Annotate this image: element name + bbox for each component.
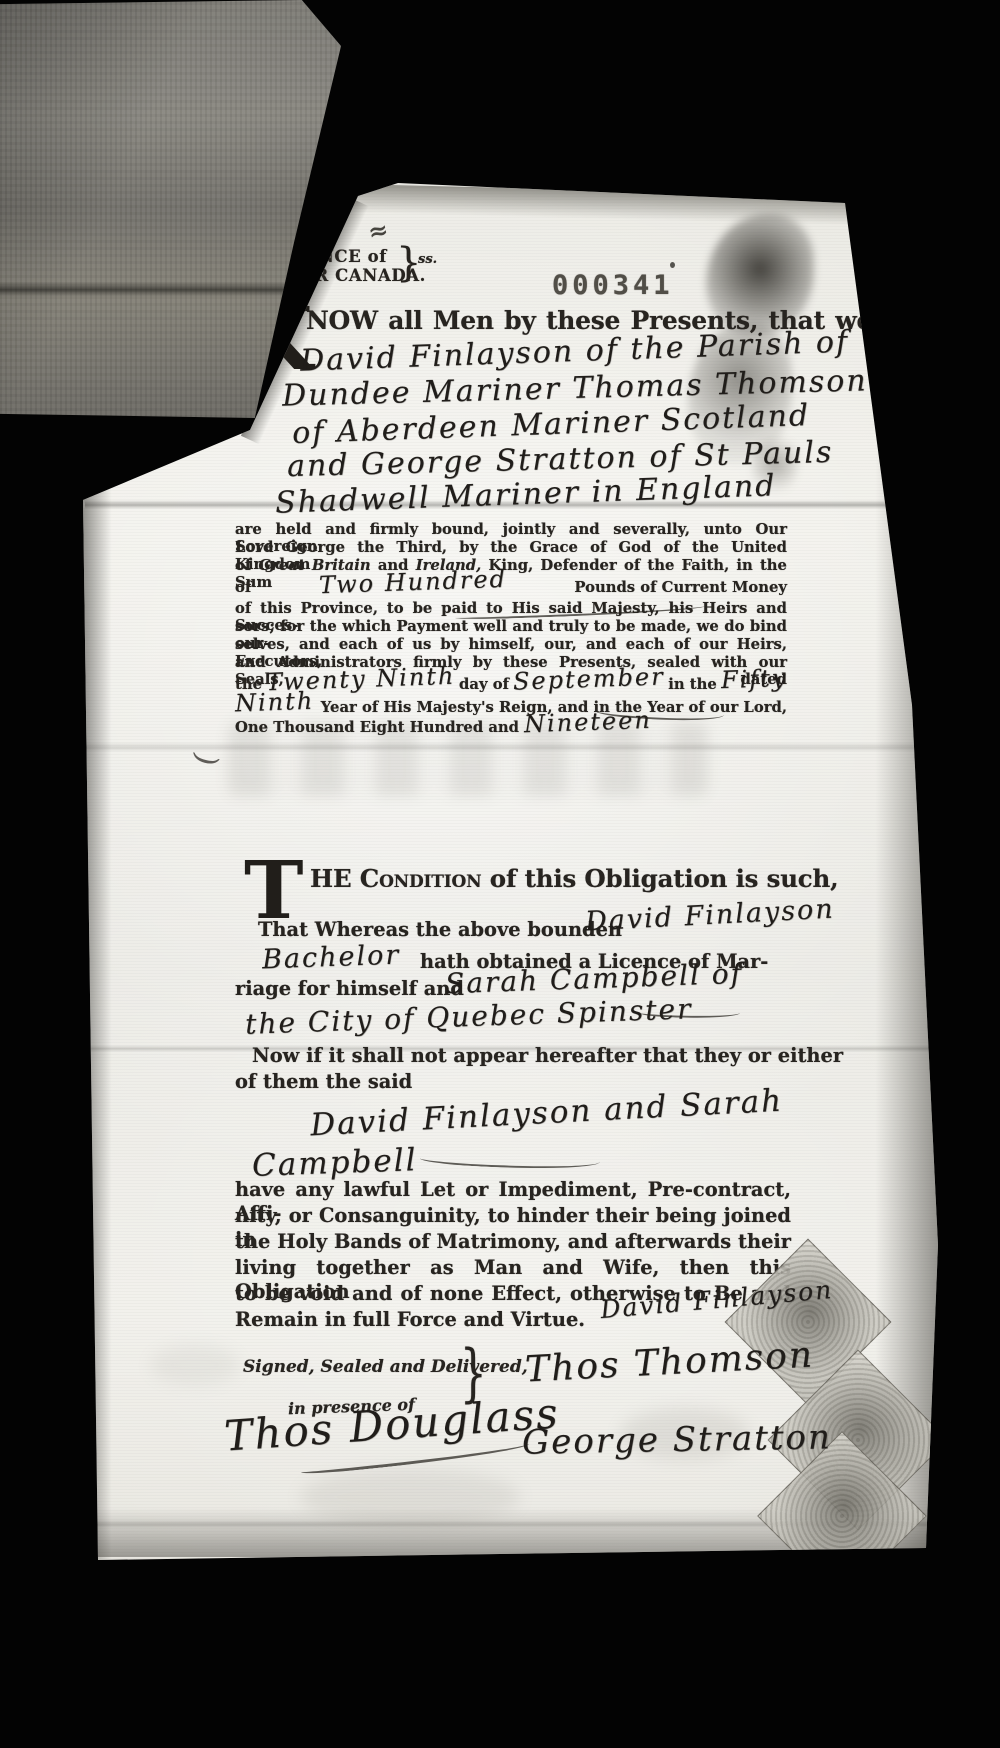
surety2-signature: George Stratton — [522, 1417, 833, 1462]
left-edge-shadow — [80, 430, 122, 1560]
bond-date-line: the Twenty Ninth day of September in the… — [235, 673, 787, 693]
now-clause-line1: Now if it shall not appear hereafter tha… — [252, 1044, 843, 1067]
bond-text: day of — [459, 676, 509, 693]
bond-text: Pounds of Current Money — [574, 579, 787, 596]
serial-number-stamp: 000341 — [552, 270, 674, 301]
reign-year-handwritten: Ninth — [235, 693, 315, 713]
paper-stain — [300, 1468, 520, 1526]
whereas-line: That Whereas the above bounden — [258, 918, 622, 941]
month-handwritten: September — [512, 668, 664, 690]
ink-dot — [670, 262, 675, 268]
scanned-marriage-bond: ) ≈ PROVINCE of LOWER CANADA. } ss. 0003… — [0, 0, 1000, 1748]
condition-heading: HE Condition of this Obligation is such, — [310, 864, 838, 893]
condition-para-line: the Holy Bands of Matrimony, and afterwa… — [235, 1230, 791, 1254]
licence-line2: riage for himself and — [235, 977, 464, 1000]
reign-year-handwritten: Fifty — [720, 670, 787, 689]
bond-text: of — [235, 557, 251, 574]
condition-heading-text: HE — [310, 864, 360, 893]
condition-heading-smallcaps: Condition — [360, 864, 482, 893]
condition-heading-text: of this Obligation is such, — [481, 864, 838, 893]
now-clause-line2: of them the said — [235, 1070, 412, 1093]
groom-status-script: Bachelor — [262, 940, 401, 976]
paper-stain — [150, 1345, 240, 1385]
bond-text: of — [235, 579, 251, 596]
bond-sum-line: of Two Hundred Pounds of Current Money — [235, 576, 787, 596]
bond-text: in the — [668, 676, 717, 693]
ss-abbreviation: ss. — [418, 252, 437, 267]
bond-text: One Thousand Eight Hundred and — [235, 719, 519, 736]
dropcap-t: T — [244, 858, 304, 924]
sum-handwritten: Two Hundred — [318, 571, 507, 595]
